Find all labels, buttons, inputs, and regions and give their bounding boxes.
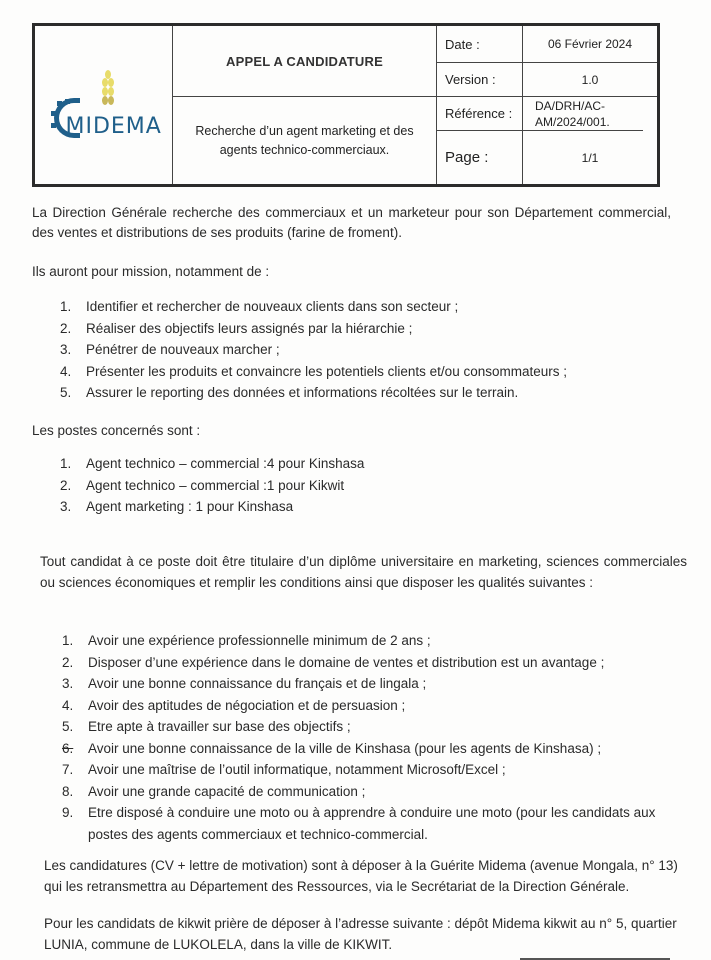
list-item: 4.Présenter les produits et convaincre l…: [60, 361, 671, 383]
list-item: 5.Etre apte à travailler sur base des ob…: [62, 716, 681, 738]
reference-value: DA/DRH/AC-AM/2024/001.: [523, 97, 643, 131]
requirements-intro: Tout candidat à ce poste doit être titul…: [40, 551, 687, 593]
list-item: 4.Avoir des aptitudes de négociation et …: [62, 695, 681, 717]
submission-paragraph: Les candidatures (CV + lettre de motivat…: [44, 855, 687, 897]
list-item: 5.Assurer le reporting des données et in…: [60, 382, 671, 404]
document-title: APPEL A CANDIDATURE: [173, 26, 437, 97]
list-item: 3.Avoir une bonne connaissance du frança…: [62, 673, 681, 695]
intro-paragraph: La Direction Générale recherche des comm…: [32, 203, 671, 243]
date-value: 06 Février 2024: [523, 26, 657, 63]
list-item: 3.Agent marketing : 1 pour Kinshasa: [60, 496, 671, 518]
list-item: 1.Identifier et rechercher de nouveaux c…: [60, 296, 671, 318]
mission-heading: Ils auront pour mission, notamment de :: [32, 262, 671, 282]
posts-list: 1.Agent technico – commercial :4 pour Ki…: [60, 453, 671, 518]
reference-label: Référence :: [437, 97, 523, 131]
list-item: 3.Pénétrer de nouveaux marcher ;: [60, 339, 671, 361]
list-item: 8.Avoir une grande capacité de communica…: [62, 781, 681, 803]
wheat-icon: [102, 70, 114, 110]
page-value: 1/1: [523, 131, 657, 184]
list-item: 9.Etre disposé à conduire une moto ou à …: [62, 802, 681, 845]
list-item: 2.Réaliser des objectifs leurs assignés …: [60, 318, 671, 340]
list-item: 1.Avoir une expérience professionnelle m…: [62, 630, 681, 652]
date-label: Date :: [437, 26, 523, 63]
version-label: Version :: [437, 63, 523, 97]
page-label: Page :: [437, 131, 523, 184]
mission-list: 1.Identifier et rechercher de nouveaux c…: [60, 296, 671, 404]
requirements-list: 1.Avoir une expérience professionnelle m…: [62, 630, 681, 845]
document-header-table: MIDEMA APPEL A CANDIDATURE Date : 06 Fév…: [32, 23, 660, 187]
posts-heading: Les postes concernés sont :: [32, 421, 671, 441]
list-item: 7.Avoir une maîtrise de l’outil informat…: [62, 759, 681, 781]
list-item: 1.Agent technico – commercial :4 pour Ki…: [60, 453, 671, 475]
kikwit-paragraph: Pour les candidats de kikwit prière de d…: [44, 913, 687, 955]
document-subtitle: Recherche d’un agent marketing et des ag…: [173, 97, 437, 184]
list-item: 6.Avoir une bonne connaissance de la vil…: [62, 738, 681, 760]
list-item: 2.Disposer d’une expérience dans le doma…: [62, 652, 681, 674]
logo-cell: MIDEMA: [35, 26, 173, 184]
version-value: 1.0: [523, 63, 657, 97]
list-item: 2.Agent technico – commercial :1 pour Ki…: [60, 475, 671, 497]
midema-logo: MIDEMA: [48, 70, 160, 140]
logo-wordmark: MIDEMA: [66, 114, 162, 139]
